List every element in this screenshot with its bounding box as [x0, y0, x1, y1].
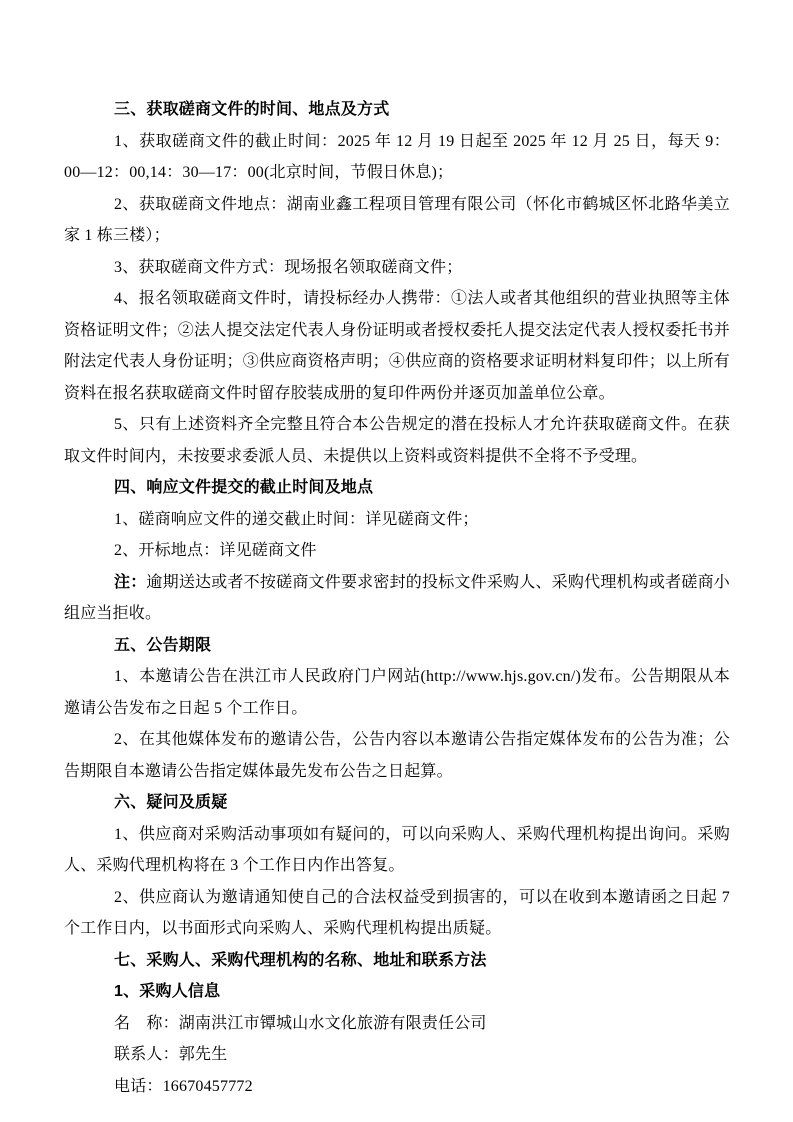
paragraph: 2、开标地点：详见磋商文件	[64, 535, 730, 567]
paragraph: 注：逾期送达或者不按磋商文件要求密封的投标文件采购人、采购代理机构或者磋商小组应…	[64, 567, 730, 630]
note-text: 逾期送达或者不按磋商文件要求密封的投标文件采购人、采购代理机构或者磋商小组应当拒…	[64, 574, 730, 623]
document-page: 三、获取磋商文件的时间、地点及方式1、获取磋商文件的截止时间：2025 年 12…	[0, 0, 793, 1122]
paragraph: 4、报名领取磋商文件时，请投标经办人携带：①法人或者其他组织的营业执照等主体资格…	[64, 283, 730, 409]
section-heading: 七、采购人、采购代理机构的名称、地址和联系方法	[64, 945, 730, 977]
section-heading: 三、获取磋商文件的时间、地点及方式	[64, 94, 730, 126]
paragraph: 2、在其他媒体发布的邀请公告，公告内容以本邀请公告指定媒体发布的公告为准；公告期…	[64, 724, 730, 787]
paragraph: 1、本邀请公告在洪江市人民政府门户网站(http://www.hjs.gov.c…	[64, 661, 730, 724]
paragraph: 2、获取磋商文件地点：湖南业鑫工程项目管理有限公司（怀化市鹤城区怀北路华美立家 …	[64, 189, 730, 252]
section-heading: 1、采购人信息	[64, 976, 730, 1008]
section-heading: 四、响应文件提交的截止时间及地点	[64, 472, 730, 504]
paragraph: 1、获取磋商文件的截止时间：2025 年 12 月 19 日起至 2025 年 …	[64, 126, 730, 189]
paragraph: 联系人：郭先生	[64, 1039, 730, 1071]
paragraph: 3、获取磋商文件方式：现场报名领取磋商文件；	[64, 252, 730, 284]
paragraph: 1、供应商对采购活动事项如有疑问的，可以向采购人、采购代理机构提出询问。采购人、…	[64, 819, 730, 882]
paragraph: 1、磋商响应文件的递交截止时间：详见磋商文件；	[64, 504, 730, 536]
paragraph: 5、只有上述资料齐全完整且符合本公告规定的潜在投标人才允许获取磋商文件。在获取文…	[64, 409, 730, 472]
note-label: 注：	[114, 574, 146, 591]
paragraph: 2、供应商认为邀请通知使自己的合法权益受到损害的，可以在收到本邀请函之日起 7 …	[64, 882, 730, 945]
section-heading: 五、公告期限	[64, 630, 730, 662]
paragraph: 电话：16670457772	[64, 1071, 730, 1103]
paragraph: 名 称：湖南洪江市镡城山水文化旅游有限责任公司	[64, 1008, 730, 1040]
section-heading: 六、疑问及质疑	[64, 787, 730, 819]
document-body: 三、获取磋商文件的时间、地点及方式1、获取磋商文件的截止时间：2025 年 12…	[64, 94, 730, 1102]
